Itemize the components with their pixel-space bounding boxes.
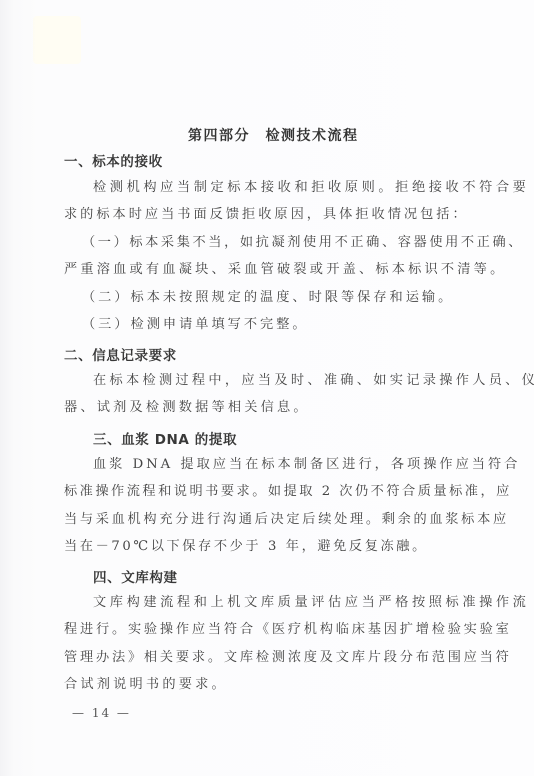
paragraph-line: 当在－70℃以下保存不少于 3 年，避免反复冻融。 (64, 539, 428, 555)
paragraph-line: 文库构建流程和上机文库质量评估应当严格按照标准操作流 (93, 595, 529, 611)
paragraph-line: 标准操作流程和说明书要求。如提取 2 次仍不符合质量标准，应 (64, 484, 512, 500)
paragraph-line: 血浆 DNA 提取应当在标本制备区进行，各项操作应当符合 (93, 457, 520, 473)
list-item-1-cont: 严重溶血或有血凝块、采血管破裂或开盖、标本标识不清等。 (64, 262, 506, 278)
page-title: 第四部分 检测技术流程 (188, 125, 359, 145)
paragraph-line: 当与采血机构充分进行沟通后决定后续处理。剩余的血浆标本应 (64, 512, 509, 528)
list-item-1: （一）标本采集不当，如抗凝剂使用不正确、容器使用不正确、 (82, 235, 524, 251)
paragraph-line: 器、试剂及检测数据等相关信息。 (64, 400, 310, 416)
paragraph-line: 检测机构应当制定标本接收和拒收原则。拒绝接收不符合要 (93, 180, 529, 196)
section-heading-3: 三、血浆 DNA 的提取 (93, 428, 237, 448)
paragraph-line: 合试剂说明书的要求。 (64, 677, 228, 693)
section-heading-4: 四、文库构建 (93, 566, 178, 586)
list-item-3: （三）检测申请单填写不完整。 (82, 317, 309, 333)
section-heading-2: 二、信息记录要求 (64, 344, 177, 364)
document-page: 第四部分 检测技术流程 一、标本的接收 检测机构应当制定标本接收和拒收原则。拒绝… (0, 0, 534, 776)
paragraph-line: 在标本检测过程中，应当及时、准确、如实记录操作人员、仪 (93, 373, 534, 389)
paragraph-line: 管理办法》相关要求。文库检测浓度及文库片段分布范围应当符 (64, 650, 512, 666)
list-item-2: （二）标本未按照规定的温度、时限等保存和运输。 (82, 290, 454, 306)
page-number: — 14 — (72, 706, 131, 720)
section-heading-1: 一、标本的接收 (64, 150, 163, 170)
paragraph-line: 程进行。实验操作应当符合《医疗机构临床基因扩增检验实验室 (64, 622, 512, 638)
paper-stain (33, 16, 81, 64)
paragraph-line: 求的标本时应当书面反馈拒收原因，具体拒收情况包括： (64, 207, 469, 223)
